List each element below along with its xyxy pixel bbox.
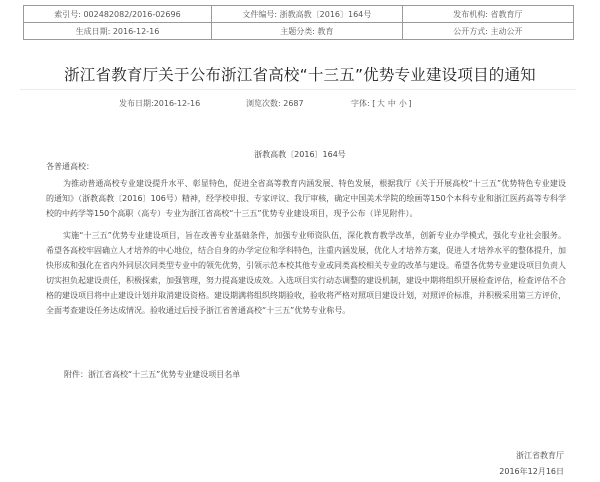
- title-divider: [20, 89, 576, 90]
- view-count: 浏览次数: 2687: [246, 98, 304, 109]
- salutation-text: 各普通高校：: [46, 159, 566, 174]
- publisher-cell: 发布机构: 省教育厅: [402, 6, 573, 23]
- generated-date-cell: 生成日期: 2016-12-16: [24, 23, 212, 40]
- salutation: 各普通高校：: [46, 159, 566, 174]
- subject-category-cell: 主题分类: 教育: [211, 23, 402, 40]
- disclosure-method-cell: 公开方式: 主动公开: [402, 23, 573, 40]
- font-size-large-link[interactable]: 大: [377, 99, 385, 108]
- page-title: 浙江省教育厅关于公布浙江省高校“十三五”优势专业建设项目的通知: [0, 63, 600, 85]
- metadata-row: 生成日期: 2016-12-16 主题分类: 教育 公开方式: 主动公开: [24, 23, 574, 40]
- font-size-small-link[interactable]: 小: [399, 99, 407, 108]
- font-size-medium-link[interactable]: 中: [388, 99, 396, 108]
- metadata-row: 索引号: 002482082/2016-02696 文件编号: 浙教高教〔201…: [24, 6, 574, 23]
- bracket-open: [: [372, 99, 375, 108]
- bracket-close: ]: [408, 99, 411, 108]
- font-size-selector: 字体: [大中小]: [351, 98, 412, 109]
- body-paragraph-1: 为推动普通高校专业建设提升水平、彰显特色，促进全省高等教育内涵发展、特色发展，根…: [46, 176, 566, 221]
- attachment-link[interactable]: 附件：浙江省高校“十三五”优势专业建设项目名单: [64, 369, 240, 380]
- signature-block: 浙江省教育厅 2016年12月16日: [499, 448, 564, 480]
- font-size-label: 字体:: [351, 99, 370, 108]
- signature-org: 浙江省教育厅: [499, 448, 564, 464]
- publish-date: 发布日期:2016-12-16: [119, 98, 200, 109]
- paragraph-text: 为推动普通高校专业建设提升水平、彰显特色，促进全省高等教育内涵发展、特色发展，根…: [46, 176, 566, 221]
- paragraph-text: 实施“十三五”优势专业建设项目，旨在改善专业基础条件，加强专业师资队伍，深化教育…: [46, 228, 566, 318]
- body-paragraph-2: 实施“十三五”优势专业建设项目，旨在改善专业基础条件，加强专业师资队伍，深化教育…: [46, 228, 566, 318]
- index-number-cell: 索引号: 002482082/2016-02696: [24, 6, 212, 23]
- document-metadata-table: 索引号: 002482082/2016-02696 文件编号: 浙教高教〔201…: [23, 5, 574, 40]
- signature-date: 2016年12月16日: [499, 464, 564, 480]
- file-number-cell: 文件编号: 浙教高教〔2016〕164号: [211, 6, 402, 23]
